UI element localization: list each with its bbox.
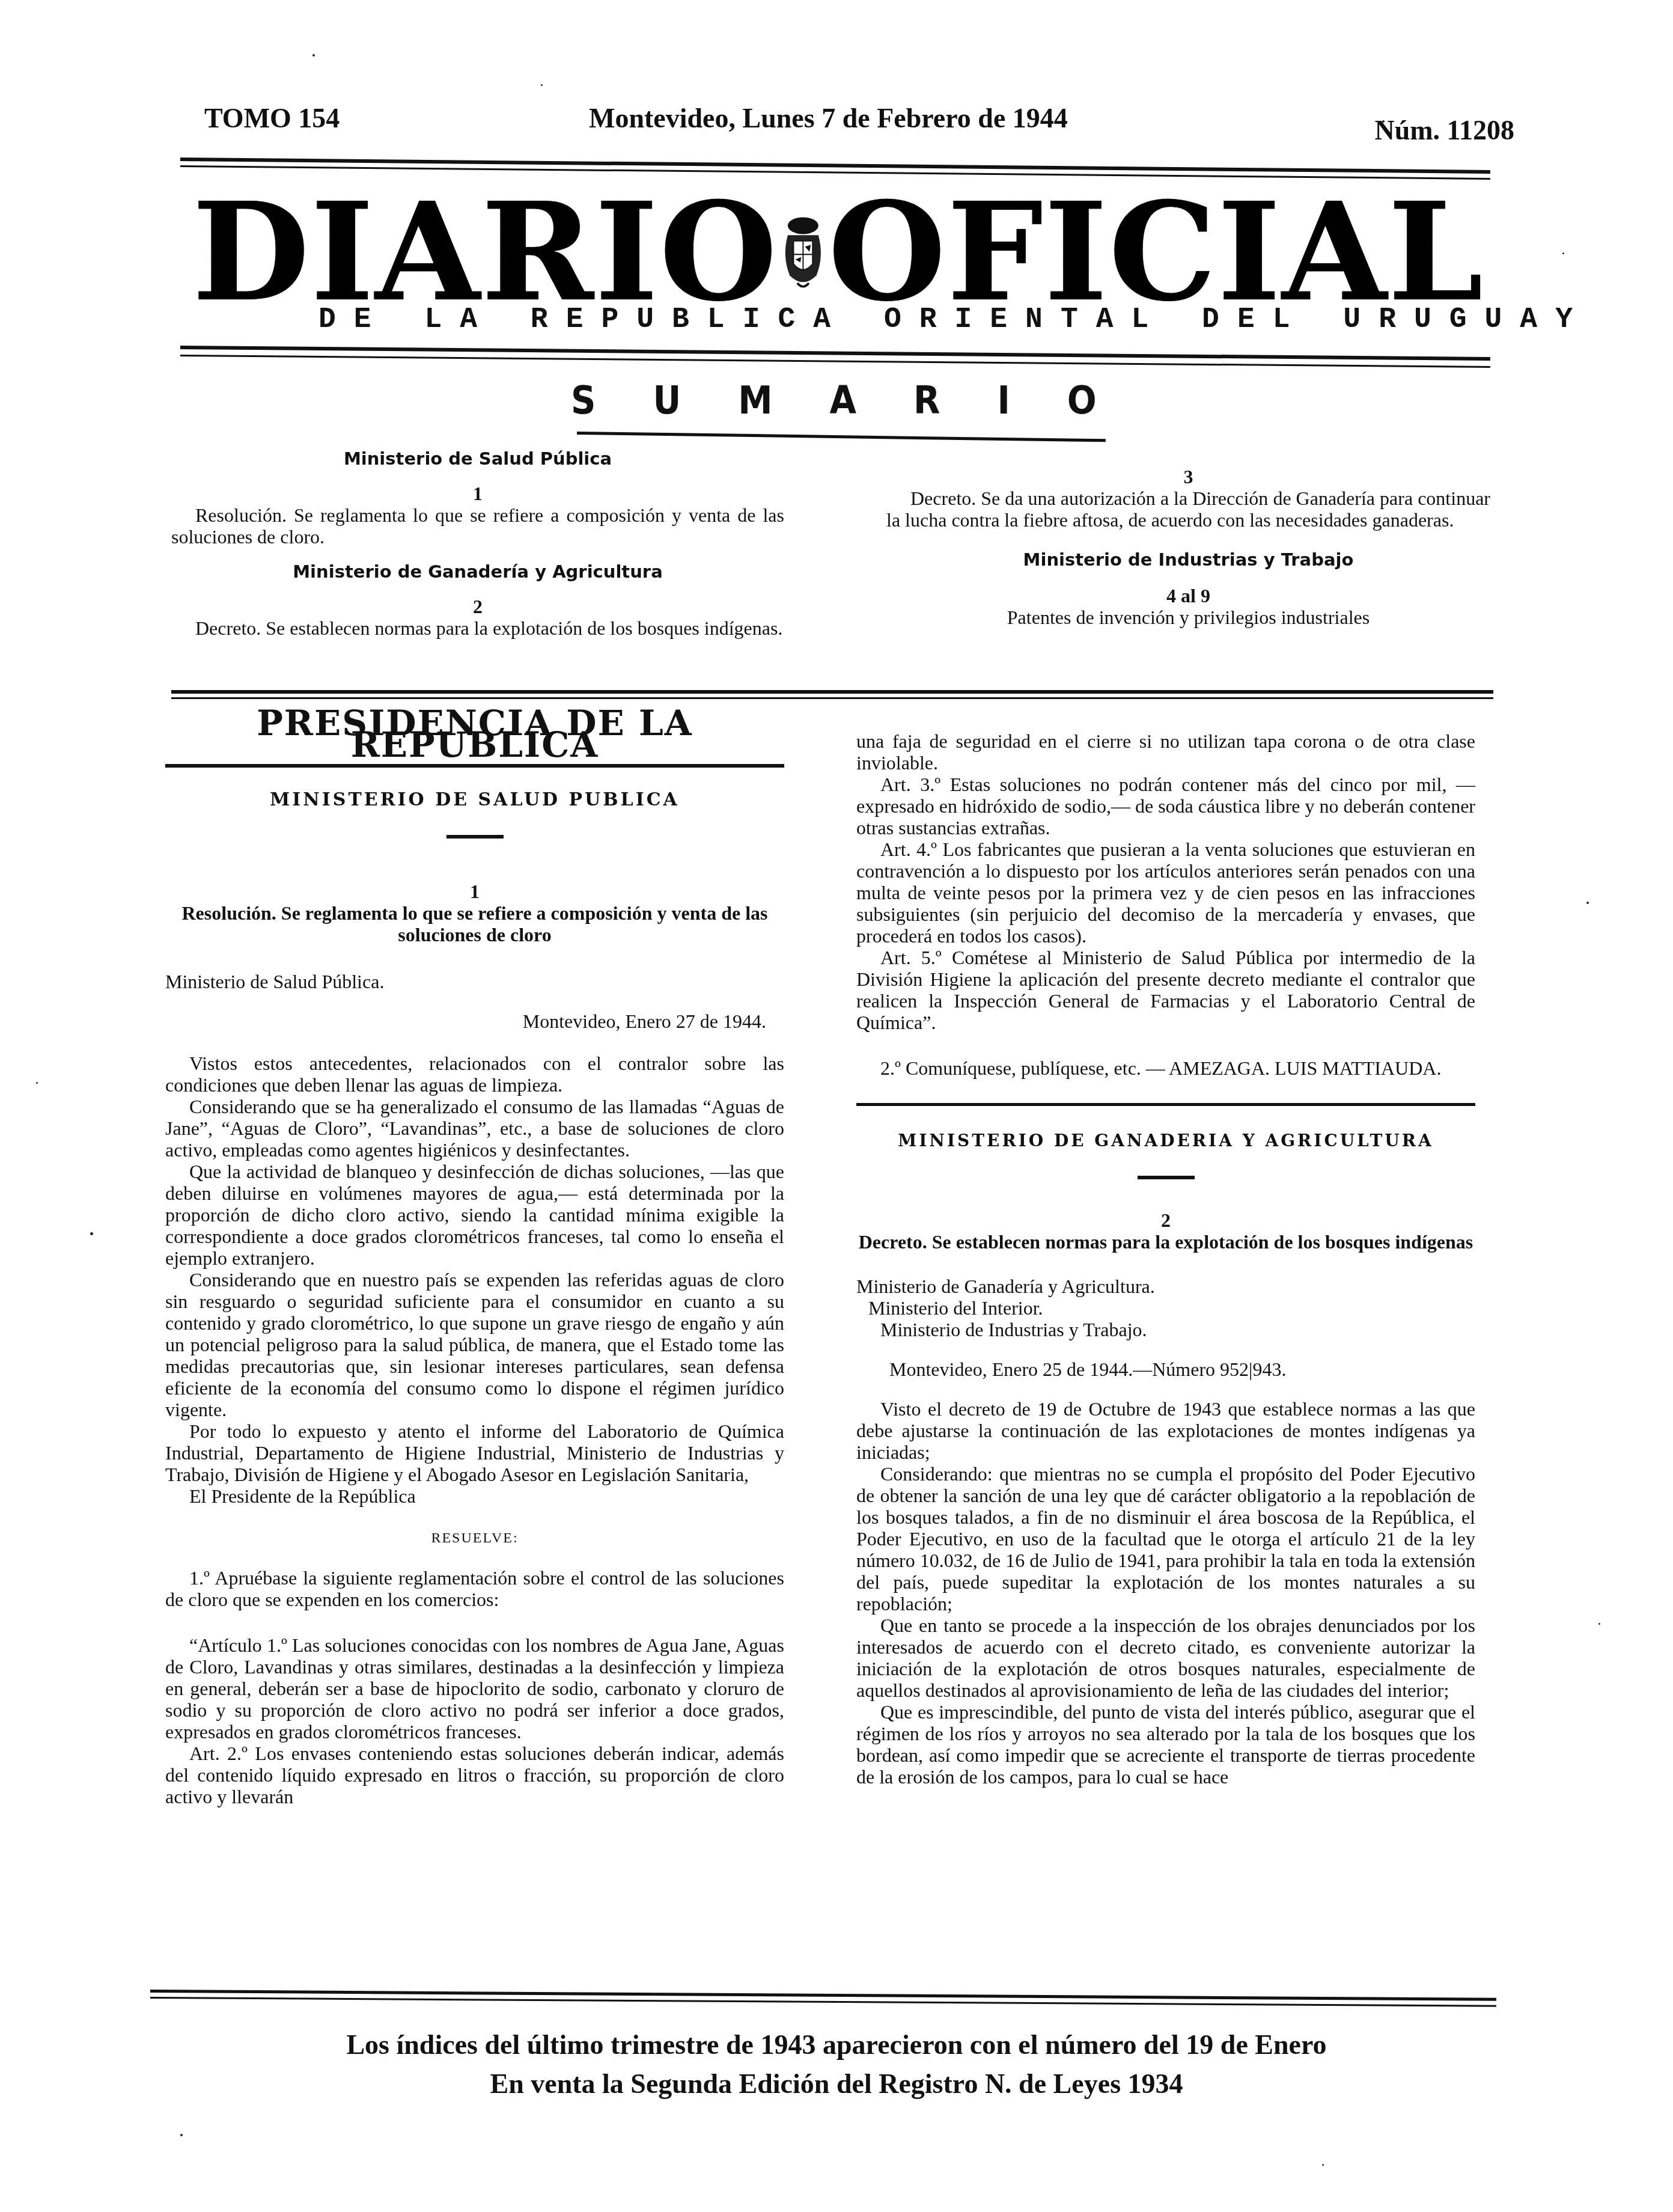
issuer: Ministerio de Industrias y Trabajo.: [856, 1319, 1475, 1340]
issue-header: TOMO 154 Montevideo, Lunes 7 de Febrero …: [204, 102, 1514, 144]
sumario-bottom-rule-1: [171, 690, 1493, 694]
dateline: Montevideo, Enero 27 de 1944.: [165, 1010, 784, 1032]
body-text: Visto el decreto de 19 de Octubre de 194…: [856, 1398, 1475, 1788]
left-column: PRESIDENCIA DE LA REPUBLICA MINISTERIO D…: [165, 712, 784, 1807]
masthead-subtitle: DE LA REPUBLICA ORIENTAL DEL URUGUAY: [318, 304, 1400, 336]
volume-number: TOMO 154: [204, 102, 340, 134]
issue-number: Núm. 11208: [1374, 114, 1514, 146]
item-number: 2: [856, 1209, 1475, 1231]
section-title: PRESIDENCIA DE LA REPUBLICA: [165, 712, 784, 756]
sumario-item-number: 1: [171, 483, 784, 504]
paragraph: Por todo lo expuesto y atento el informe…: [165, 1420, 784, 1485]
paragraph: El Presidente de la República: [165, 1485, 784, 1507]
paragraph: Art. 3.º Estas soluciones no podrán cont…: [856, 774, 1475, 839]
masthead-rule-1: [180, 346, 1490, 361]
issuer: Ministerio de Salud Pública.: [165, 971, 784, 992]
paragraph: 1.º Apruébase la siguiente reglamentació…: [165, 1567, 784, 1610]
sumario-ministry: Ministerio de Industrias y Trabajo: [886, 549, 1490, 570]
item-title: Resolución. Se reglamenta lo que se refi…: [165, 902, 784, 946]
sumario-ministry: Ministerio de Salud Pública: [171, 448, 784, 469]
masthead-oficial: OFICIAL: [828, 185, 1484, 320]
paragraph: “Artículo 1.º Las soluciones conocidas c…: [165, 1634, 784, 1743]
paragraph: una faja de seguridad en el cierre si no…: [856, 730, 1475, 774]
resolution-text: 1.º Apruébase la siguiente reglamentació…: [165, 1567, 784, 1807]
sumario-item-text: Patentes de invención y privilegios indu…: [886, 606, 1490, 628]
paragraph: Considerando que en nuestro país se expe…: [165, 1269, 784, 1420]
ministry-header: MINISTERIO DE SALUD PUBLICA: [165, 789, 784, 811]
sumario-item-text: Decreto. Se da una autorización a la Dir…: [886, 487, 1490, 531]
paragraph: Que la actividad de blanqueo y desinfecc…: [165, 1161, 784, 1269]
signature-line: 2.º Comuníquese, publíquese, etc. — AMEZ…: [856, 1057, 1475, 1079]
sumario-item-number: 3: [886, 466, 1490, 487]
issuer: Ministerio del Interior.: [856, 1297, 1475, 1319]
sumario-title: SUMARIO: [571, 379, 1112, 423]
sumario-item-text: Decreto. Se establecen normas para la ex…: [171, 617, 784, 639]
paragraph: Art. 2.º Los envases conteniendo estas s…: [165, 1743, 784, 1807]
masthead: DIARIO OFICIAL: [192, 183, 1484, 322]
sumario-ministry: Ministerio de Ganadería y Agricultura: [171, 561, 784, 582]
item-number: 1: [165, 881, 784, 902]
sumario-item-text: Resolución. Se reglamenta lo que se refi…: [171, 504, 784, 548]
section-rule: [856, 1103, 1475, 1106]
paragraph: Art. 5.º Cométese al Ministerio de Salud…: [856, 947, 1475, 1033]
paragraph: Visto el decreto de 19 de Octubre de 194…: [856, 1398, 1475, 1463]
sumario-item-number: 4 al 9: [886, 585, 1490, 606]
issuer: Ministerio de Ganadería y Agricultura.: [856, 1276, 1475, 1297]
sumario-underline: [577, 432, 1106, 442]
sumario-left: Ministerio de Salud Pública 1 Resolución…: [171, 448, 784, 639]
issue-date: Montevideo, Lunes 7 de Febrero de 1944: [589, 102, 1068, 134]
paragraph: Vistos estos antecedentes, relacionados …: [165, 1053, 784, 1096]
dateline: Montevideo, Enero 25 de 1944.—Número 952…: [856, 1358, 1475, 1380]
sumario-right: 3 Decreto. Se da una autorización a la D…: [886, 466, 1490, 628]
paragraph: Que es imprescindible, del punto de vist…: [856, 1701, 1475, 1788]
right-column: una faja de seguridad en el cierre si no…: [856, 730, 1475, 1788]
sumario-bottom-rule-2: [171, 697, 1493, 699]
sumario-item-number: 2: [171, 596, 784, 617]
footer-notice-indices: Los índices del último trimestre de 1943…: [0, 2029, 1673, 2061]
paragraph: Considerando que se ha generalizado el c…: [165, 1096, 784, 1161]
footer-notice-registro: En venta la Segunda Edición del Registro…: [0, 2068, 1673, 2100]
ministry-header: MINISTERIO DE GANADERIA Y AGRICULTURA: [856, 1130, 1475, 1152]
resuelve-label: RESUELVE:: [165, 1527, 784, 1549]
item-title: Decreto. Se establecen normas para la ex…: [856, 1231, 1475, 1253]
short-rule: [446, 835, 504, 839]
paragraph: Que en tanto se procede a la inspección …: [856, 1615, 1475, 1701]
body-text: Vistos estos antecedentes, relacionados …: [165, 1053, 784, 1507]
paragraph: Considerando: que mientras no se cumpla …: [856, 1463, 1475, 1615]
paragraph: Art. 4.º Los fabricantes que pusieran a …: [856, 839, 1475, 947]
short-rule: [1138, 1176, 1195, 1179]
masthead-diario: DIARIO: [192, 185, 778, 320]
uruguay-coat-of-arms-icon: [778, 192, 828, 313]
